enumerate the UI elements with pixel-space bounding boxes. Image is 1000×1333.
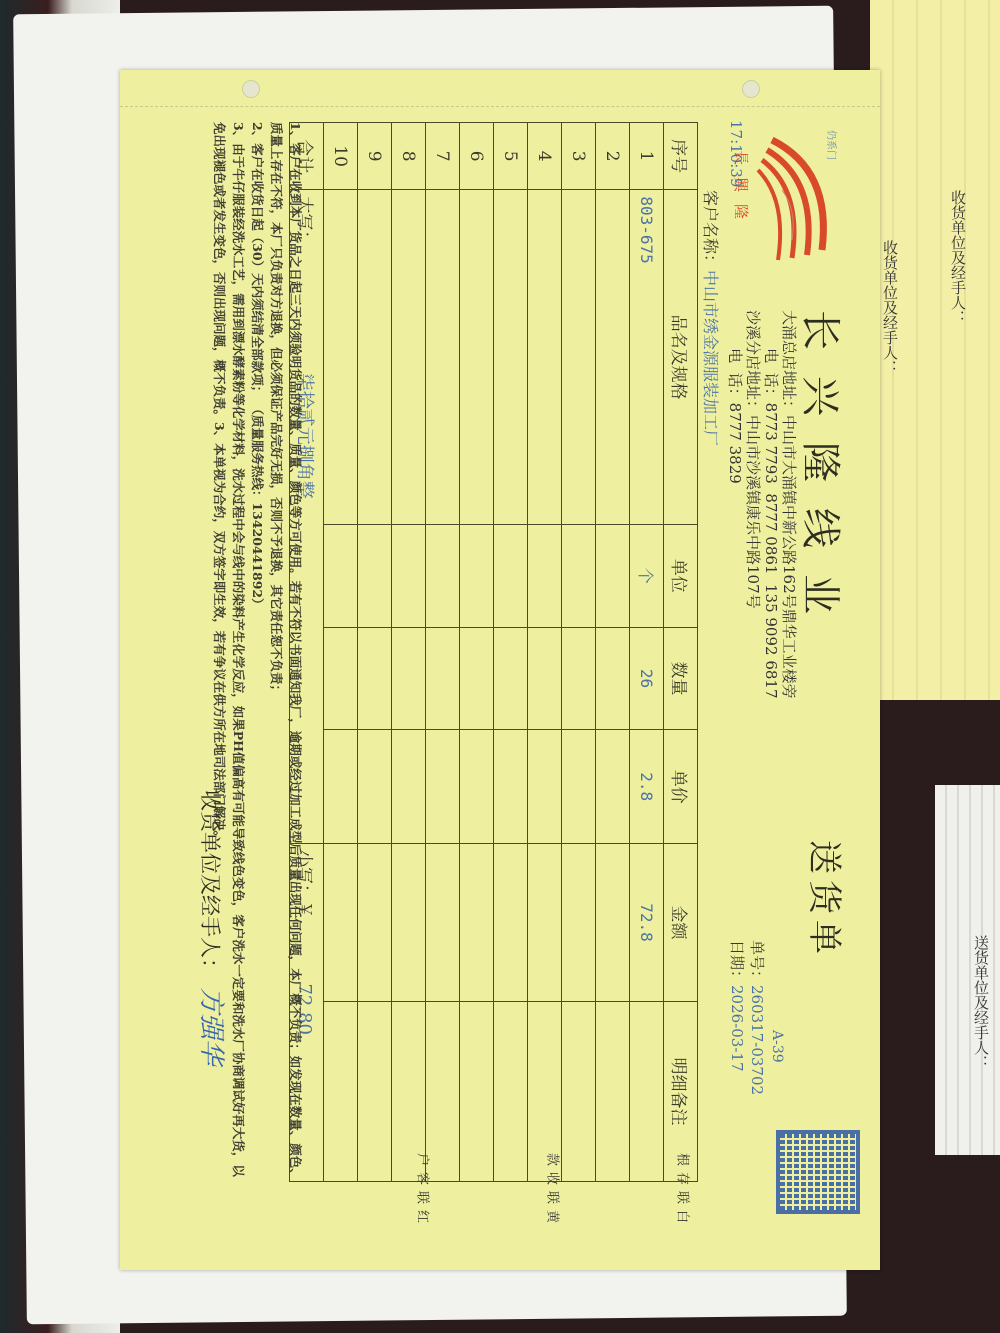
- order-number-value: 260317-03702: [748, 985, 766, 1095]
- customer-label: 客户名称：: [701, 190, 720, 270]
- item-note: [562, 1001, 596, 1181]
- row-no: 2: [596, 123, 630, 190]
- item-name: 803-675: [630, 190, 664, 525]
- print-time: 17:10:39: [727, 120, 745, 187]
- table-row: 7: [426, 123, 460, 1182]
- document-title: 送货单: [803, 840, 852, 960]
- signature-label: 收货单位及经手人：: [198, 790, 222, 979]
- col-header-unit: 单位: [664, 524, 698, 627]
- item-unit: [426, 524, 460, 627]
- item-name: [528, 190, 562, 525]
- item-price: [562, 730, 596, 844]
- item-price: [460, 730, 494, 844]
- item-amount: [392, 844, 426, 1002]
- item-qty: [392, 627, 426, 730]
- copy-red-label: 红联客户: [417, 1148, 430, 1224]
- row-no: 7: [426, 123, 460, 190]
- right-yellow-paper-stack: 收货单位及经手人： 收货单位及经手人：: [870, 0, 1000, 700]
- item-name: [358, 190, 392, 525]
- item-amount: [562, 844, 596, 1002]
- table-row: 10: [324, 123, 358, 1182]
- item-price: [494, 730, 528, 844]
- item-unit: [562, 524, 596, 627]
- row-no: 6: [460, 123, 494, 190]
- receiver-signature: 收货单位及经手人：方强华: [195, 790, 232, 1065]
- handwritten-signature: 方强华: [196, 987, 226, 1065]
- item-unit: [596, 524, 630, 627]
- items-table: 序号 品名及规格 单位 数量 单价 金额 明细备注 1803-675个262.8…: [289, 122, 698, 1182]
- col-header-price: 单价: [664, 730, 698, 844]
- item-note: [324, 1001, 358, 1181]
- item-qty: [562, 627, 596, 730]
- company-name: 长兴隆线业: [795, 310, 852, 640]
- item-price: [528, 730, 562, 844]
- item-price: [426, 730, 460, 844]
- table-row: 9: [358, 123, 392, 1182]
- col-header-amount: 金额: [664, 844, 698, 1002]
- item-name: [596, 190, 630, 525]
- item-name: [562, 190, 596, 525]
- punch-hole: [742, 80, 760, 98]
- right-white-paper-stack: 送货单位及经手人：: [935, 785, 1000, 1155]
- table-row: 6: [460, 123, 494, 1182]
- phone-line: 电 话：8773 7793 8777 0861 135 9092 6817: [761, 310, 782, 699]
- col-header-qty: 数量: [664, 627, 698, 730]
- punch-hole: [242, 80, 260, 98]
- item-unit: [494, 524, 528, 627]
- term-1: 1、客户在收到本厂货品之日起三天内须验明货品的数量、质量、颜色等方可使用。若有不…: [267, 122, 305, 1182]
- item-price: [596, 730, 630, 844]
- row-no: 3: [562, 123, 596, 190]
- item-qty: [358, 627, 392, 730]
- item-amount: [324, 844, 358, 1002]
- address-line: 沙溪分店地址：中山市沙溪镇康乐中路107号: [743, 310, 764, 609]
- item-amount: [528, 844, 562, 1002]
- item-note: [494, 1001, 528, 1181]
- table-row: 5: [494, 123, 528, 1182]
- copy-white-label: 白联存根: [677, 1148, 690, 1224]
- row-no: 1: [630, 123, 664, 190]
- item-note: [460, 1001, 494, 1181]
- item-qty: [426, 627, 460, 730]
- item-amount: [460, 844, 494, 1002]
- item-note: [630, 1001, 664, 1181]
- row-no: 5: [494, 123, 528, 190]
- item-amount: 72.8: [630, 844, 664, 1002]
- col-header-no: 序号: [664, 123, 698, 190]
- item-price: [324, 730, 358, 844]
- table-row: 4: [528, 123, 562, 1182]
- item-unit: 个: [630, 524, 664, 627]
- order-number-label: 单号：: [748, 940, 766, 985]
- row-no: 9: [358, 123, 392, 190]
- table-row: 3: [562, 123, 596, 1182]
- item-name: [392, 190, 426, 525]
- item-unit: [324, 524, 358, 627]
- item-name: [460, 190, 494, 525]
- item-qty: [494, 627, 528, 730]
- serial-code: A-39: [769, 1030, 785, 1063]
- phone-line: 电 话：8777 3829: [725, 310, 746, 484]
- order-number: 单号：260317-03702: [747, 940, 768, 1095]
- item-amount: [596, 844, 630, 1002]
- item-amount: [494, 844, 528, 1002]
- row-no: 8: [392, 123, 426, 190]
- item-qty: [596, 627, 630, 730]
- item-qty: [460, 627, 494, 730]
- date-value: 2026-03-17: [728, 985, 746, 1071]
- address-line: 大涌总店地址：中山市大涌镇中新公路162号鼎华工业楼旁: [779, 310, 800, 699]
- customer-value: 中山市绣金源服装加工厂: [701, 270, 720, 446]
- customer-name: 客户名称：中山市绣金源服装加工厂: [700, 190, 723, 446]
- item-amount: [358, 844, 392, 1002]
- item-name: [426, 190, 460, 525]
- row-no: 10: [324, 123, 358, 190]
- item-unit: [392, 524, 426, 627]
- delivery-note: 仍系门 長興隆 长兴隆线业 送货单 大涌总店地址：中山市大涌镇中新公路162号鼎…: [120, 70, 880, 1270]
- stack-signature-label: 送货单位及经手人：: [971, 935, 992, 1070]
- item-price: 2.8: [630, 730, 664, 844]
- date-label: 日期：: [728, 940, 746, 985]
- copy-yellow-label: 黄联收款: [547, 1148, 560, 1224]
- table-row: 1803-675个262.872.8: [630, 123, 664, 1182]
- stack-signature-label: 收货单位及经手人：: [880, 240, 901, 375]
- item-unit: [358, 524, 392, 627]
- item-qty: [528, 627, 562, 730]
- stack-signature-label: 收货单位及经手人：: [948, 190, 969, 325]
- item-amount: [426, 844, 460, 1002]
- perforated-strip: [120, 70, 880, 107]
- table-row: 2: [596, 123, 630, 1182]
- row-no: 4: [528, 123, 562, 190]
- logo-caption: 仍系门: [825, 130, 840, 160]
- item-qty: 26: [630, 627, 664, 730]
- item-note: [426, 1001, 460, 1181]
- table-row: 8: [392, 123, 426, 1182]
- item-qty: [324, 627, 358, 730]
- order-date: 日期：2026-03-17: [727, 940, 748, 1072]
- qr-code-icon: [776, 1130, 860, 1214]
- item-note: [596, 1001, 630, 1181]
- item-name: [324, 190, 358, 525]
- item-unit: [460, 524, 494, 627]
- item-price: [392, 730, 426, 844]
- table-header-row: 序号 品名及规格 单位 数量 单价 金额 明细备注: [664, 123, 698, 1182]
- term-2: 2、客户在收货日起（30）天内须结清全部款项； （质量服务热线：13420441…: [248, 122, 267, 1182]
- col-header-name: 品名及规格: [664, 190, 698, 525]
- item-note: [358, 1001, 392, 1181]
- item-price: [358, 730, 392, 844]
- item-name: [494, 190, 528, 525]
- item-unit: [528, 524, 562, 627]
